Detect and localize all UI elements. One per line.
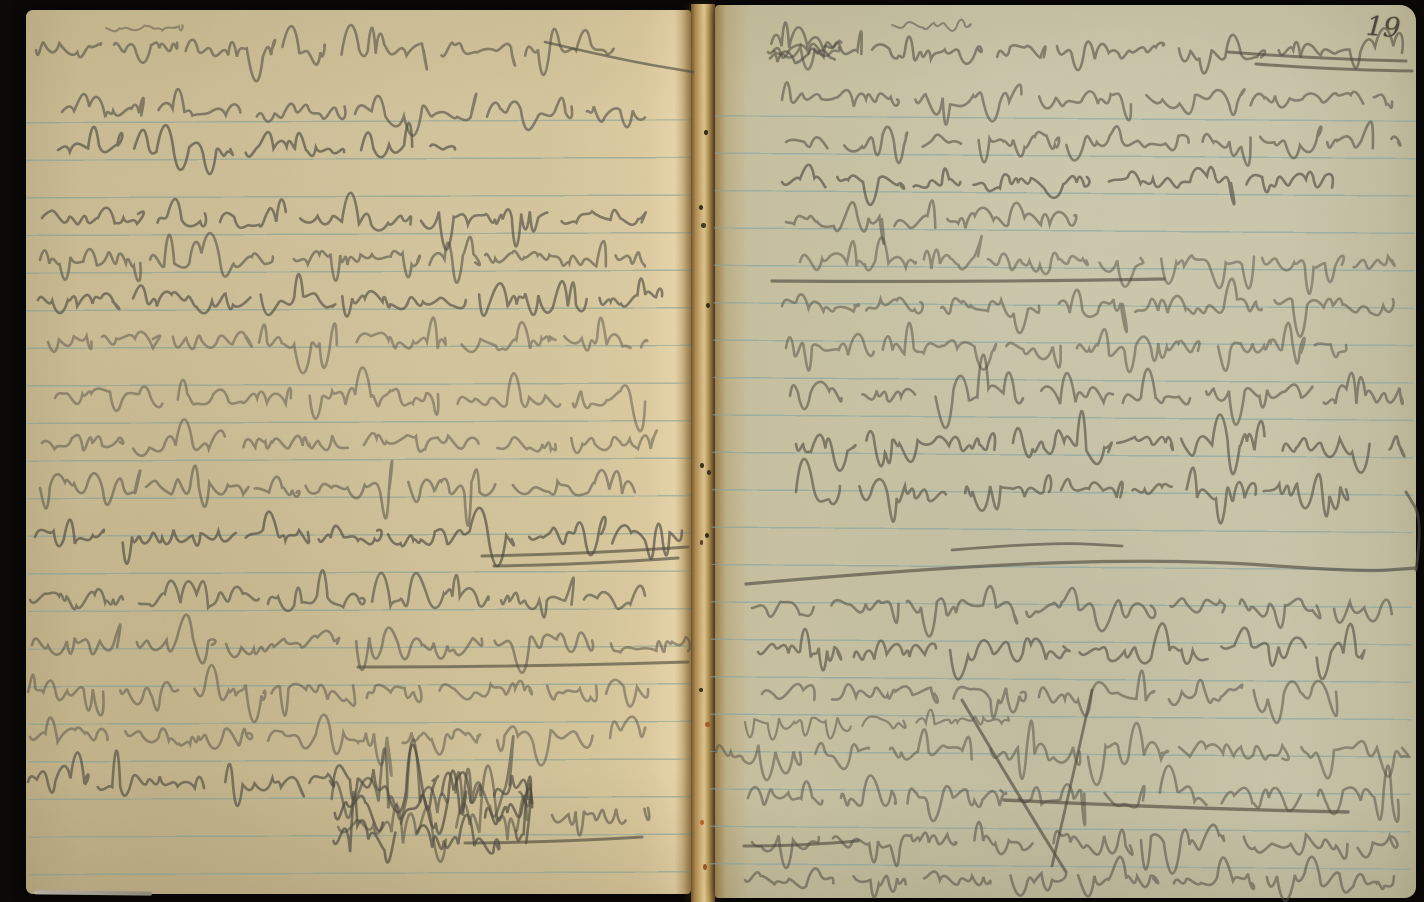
thread-fragment [703,864,707,870]
right-page: 19 [715,5,1416,898]
page-number: 19 [1365,13,1401,42]
left-page [26,10,691,894]
stitch-hole [705,533,709,538]
thread-fragment [700,820,704,825]
stitch-hole [704,130,708,135]
stitch-hole [706,303,710,308]
ruled-lines-right [709,115,1416,902]
stitch-hole [699,688,703,692]
stitch-hole [701,223,705,228]
stitch-hole [700,463,704,468]
stitch-hole [699,205,703,210]
page-edge-sliver [34,890,152,895]
stitch-hole [707,470,711,475]
thread-fragment [705,722,709,727]
ruled-lines-left [26,119,694,894]
notebook-scan: 19 [0,0,1424,902]
binding-spine [691,4,715,902]
stitch-hole [700,540,704,545]
